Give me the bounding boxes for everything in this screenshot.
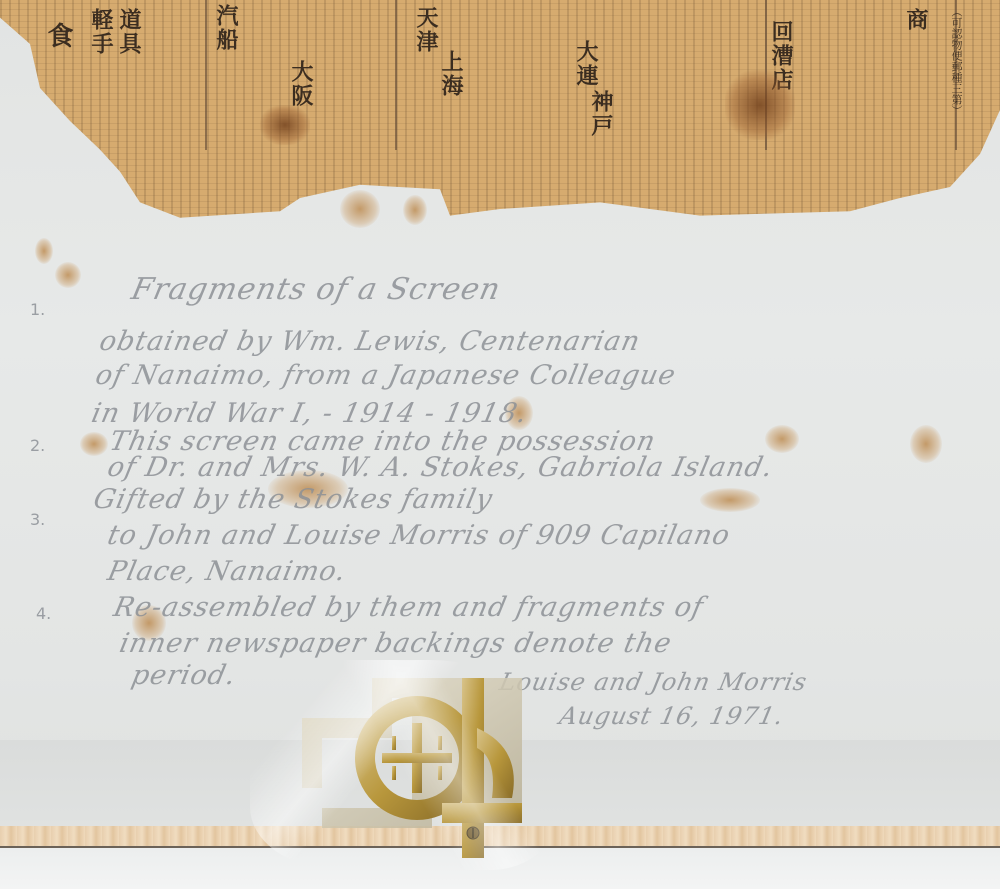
- stain-spot: [700, 488, 760, 512]
- stain-spot: [55, 262, 81, 288]
- note-line: inner newspaper backings denote the: [117, 628, 675, 659]
- newspaper-print-texture: [0, 0, 1000, 220]
- note-line: to John and Louise Morris of 909 Capilan…: [105, 520, 733, 551]
- newspaper-headline: 天津: [415, 6, 437, 54]
- newspaper-fragment: 道具 軽手 食 汽船 大阪 天津 上海 大連 神戸 回漕店 商 （可認物便郵種三…: [0, 0, 1000, 220]
- newspaper-headline: 道具: [118, 8, 140, 56]
- newspaper-headline: 商: [905, 8, 927, 32]
- newspaper-headline: 軽手: [90, 8, 112, 56]
- stain-spot: [35, 238, 53, 264]
- water-stain: [260, 105, 310, 145]
- note-line: obtained by Wm. Lewis, Centenarian: [97, 326, 644, 357]
- newspaper-headline: 神戸: [590, 90, 612, 138]
- stain-spot: [80, 432, 108, 456]
- newspaper-headline: 大連: [575, 40, 597, 88]
- newspaper-headline: 食: [45, 22, 71, 50]
- stain-spot: [765, 425, 799, 453]
- newspaper-headline: 大阪: [290, 60, 312, 108]
- note-date: August 16, 1971.: [557, 702, 787, 730]
- note-line: of Nanaimo, from a Japanese Colleague: [93, 360, 679, 391]
- item-number: 2.: [30, 436, 45, 455]
- column-rule: [395, 0, 397, 150]
- water-stain: [725, 70, 795, 140]
- signature: Louise and John Morris: [497, 668, 810, 696]
- item-number: 4.: [36, 604, 51, 623]
- plastic-wrap: [250, 660, 550, 870]
- stain-spot: [403, 195, 427, 225]
- note-line: in World War I, - 1914 - 1918.: [89, 398, 531, 429]
- note-line: Gifted by the Stokes family: [91, 484, 496, 515]
- newspaper-masthead-text: （可認物便郵種三第）: [948, 6, 964, 116]
- note-line: Place, Nanaimo.: [105, 556, 350, 587]
- stain-spot: [910, 425, 942, 463]
- item-number: 1.: [30, 300, 45, 319]
- stain-spot: [340, 190, 380, 228]
- note-line: Fragments of a Screen: [128, 272, 504, 307]
- note-line: of Dr. and Mrs. W. A. Stokes, Gabriola I…: [105, 452, 776, 483]
- newspaper-headline: 上海: [440, 50, 462, 98]
- note-line: Re-assembled by them and fragments of: [111, 592, 707, 623]
- newspaper-headline: 汽船: [215, 4, 237, 52]
- column-rule: [205, 0, 207, 150]
- note-line: period.: [129, 660, 240, 691]
- item-number: 3.: [30, 510, 45, 529]
